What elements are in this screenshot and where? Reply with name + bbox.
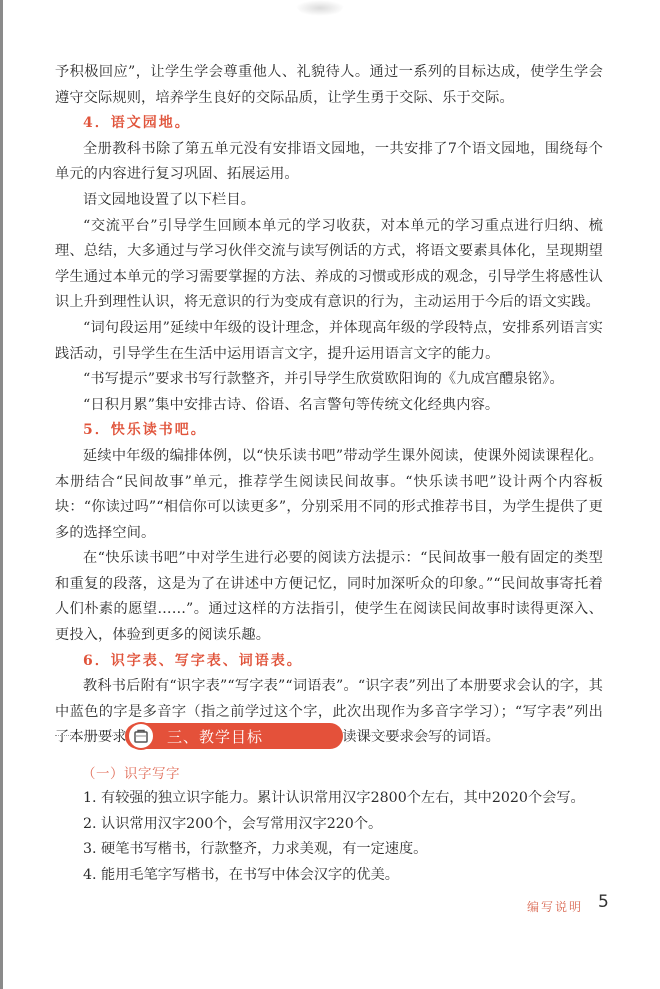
subsection-heading: （一）识字写字 (82, 762, 180, 782)
section-banner: 三、教学目标 (125, 723, 343, 749)
paragraph: “书写提示”要求书写行款整齐，并引导学生欣赏欧阳询的《九成宫醴泉铭》。 (55, 367, 603, 393)
paragraph: “词句段运用”延续中年级的设计理念，并体现高年级的学段特点，安排系列语言实践活动… (55, 316, 603, 367)
body-text: 予积极回应”，让学生学会尊重他人、礼貌待人。通过一系列的目标达成，使学生学会遵守… (55, 60, 603, 751)
briefcase-icon (127, 722, 155, 750)
section-heading-6: 6．识字表、写字表、词语表。 (55, 649, 603, 675)
paragraph: 全册教科书除了第五单元没有安排语文园地，一共安排了7个语文园地，围绕每个单元的内… (55, 137, 603, 188)
scan-smudge (295, 0, 345, 16)
dotted-divider-right (347, 735, 457, 736)
paragraph: 语文园地设置了以下栏目。 (55, 188, 603, 214)
paragraph: 在“快乐读书吧”中对学生进行必要的阅读方法提示：“民间故事一般有固定的类型和重复… (55, 546, 603, 648)
dotted-divider-left (55, 735, 123, 736)
list-item: 1. 有较强的独立识字能力。累计认识常用汉字2800个左右，其中2020个会写。 (83, 786, 603, 812)
page-edge (0, 0, 3, 989)
section-heading-4: 4．语文园地。 (55, 111, 603, 137)
goal-list: 1. 有较强的独立识字能力。累计认识常用汉字2800个左右，其中2020个会写。… (83, 786, 603, 888)
paragraph: “日积月累”集中安排古诗、俗语、名言警句等传统文化经典内容。 (55, 393, 603, 419)
footer-section-label: 编写说明 (527, 898, 583, 915)
paragraph: “交流平台”引导学生回顾本单元的学习收获，对本单元的学习重点进行归纳、梳理、总结… (55, 214, 603, 316)
page-number: 5 (598, 892, 609, 912)
list-item: 3. 硬笔书写楷书，行款整齐，力求美观，有一定速度。 (83, 837, 603, 863)
paragraph: 延续中年级的编排体例，以“快乐读书吧”带动学生课外阅读，使课外阅读课程化。本册结… (55, 444, 603, 546)
banner-title: 三、教学目标 (167, 726, 263, 747)
section-banner-row: 三、教学目标 (55, 720, 400, 752)
section-heading-5: 5．快乐读书吧。 (55, 418, 603, 444)
list-item: 2. 认识常用汉字200个，会写常用汉字220个。 (83, 812, 603, 838)
continuation-paragraph: 予积极回应”，让学生学会尊重他人、礼貌待人。通过一系列的目标达成，使学生学会遵守… (55, 60, 603, 111)
list-item: 4. 能用毛笔字写楷书，在书写中体会汉字的优美。 (83, 863, 603, 889)
